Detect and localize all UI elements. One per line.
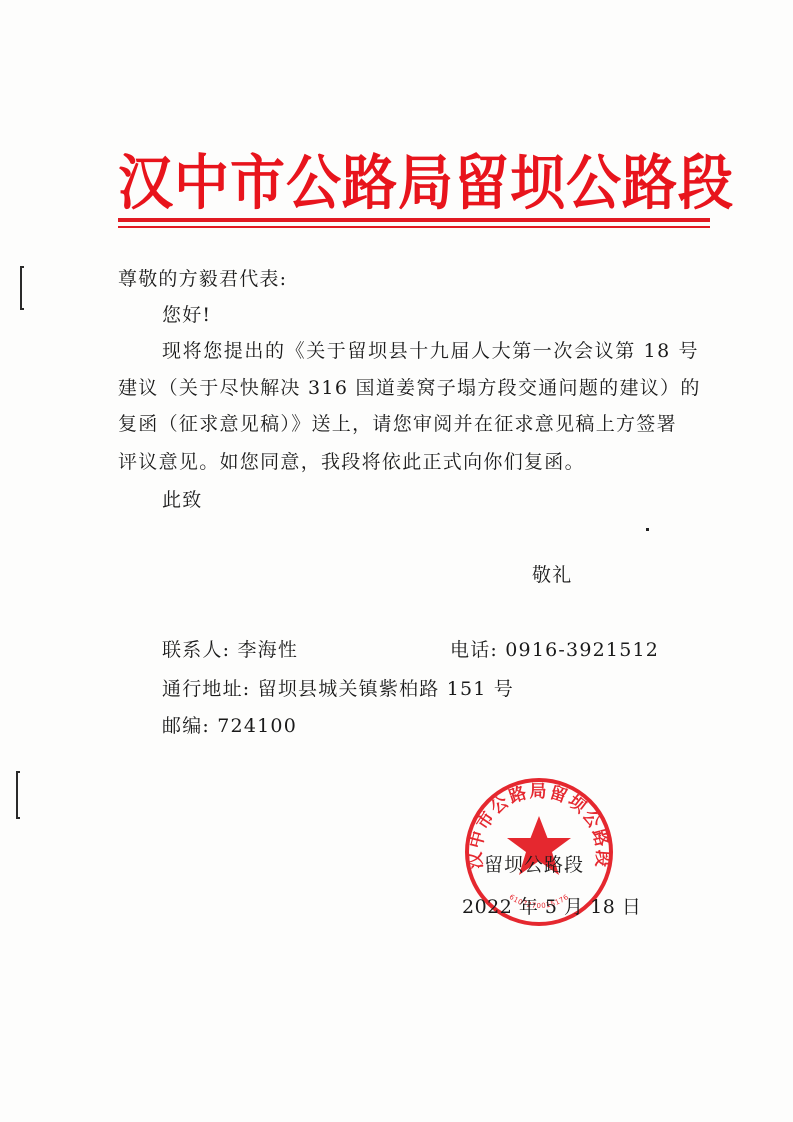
scan-speck [646,528,649,531]
body-paragraph-line: 评议意见。如您同意，我段将依此正式向你们复函。 [118,449,585,475]
contact-address: 通行地址: 留坝县城关镇紫柏路 151 号 [162,676,514,702]
contact-person-label: 联系人: [162,639,230,661]
signature-date: 2022 年 5 月 18 日 [462,894,641,920]
closing-salute-1: 此致 [162,487,202,513]
binding-mark-bottom [16,771,18,819]
letterhead-rule-thick [118,218,710,222]
body-paragraph-line: 建议（关于尽快解决 316 国道姜窝子塌方段交通问题的建议）的 [118,375,701,401]
contact-phone: 电话: 0916-3921512 [450,637,659,663]
contact-postcode: 邮编: 724100 [162,713,297,739]
binding-mark-top [20,266,22,310]
signature-organization: 留坝公路段 [484,852,584,878]
letter-page: 汉中市公路局留坝公路段 尊敬的方毅君代表: 您好! 现将您提出的《关于留坝县十九… [0,0,793,1122]
greeting: 您好! [162,302,211,328]
contact-postcode-label: 邮编: [162,715,210,737]
letterhead-rule-thin [118,226,710,228]
contact-address-label: 通行地址: [162,678,250,700]
contact-phone-value: 0916-3921512 [505,639,659,661]
body-paragraph-line: 复函（征求意见稿）》送上，请您审阅并在征求意见稿上方签署 [118,411,677,437]
salutation: 尊敬的方毅君代表: [118,266,287,292]
closing-salute-2: 敬礼 [532,562,572,588]
contact-person-value: 李海性 [237,639,298,661]
contact-person: 联系人: 李海性 [162,637,298,663]
body-paragraph-line: 现将您提出的《关于留坝县十九届人大第一次会议第 18 号 [162,338,699,364]
contact-postcode-value: 724100 [217,715,297,737]
letterhead-title: 汉中市公路局留坝公路段 [118,140,710,226]
contact-phone-label: 电话: [450,639,498,661]
contact-address-value: 留坝县城关镇紫柏路 151 号 [258,678,514,700]
